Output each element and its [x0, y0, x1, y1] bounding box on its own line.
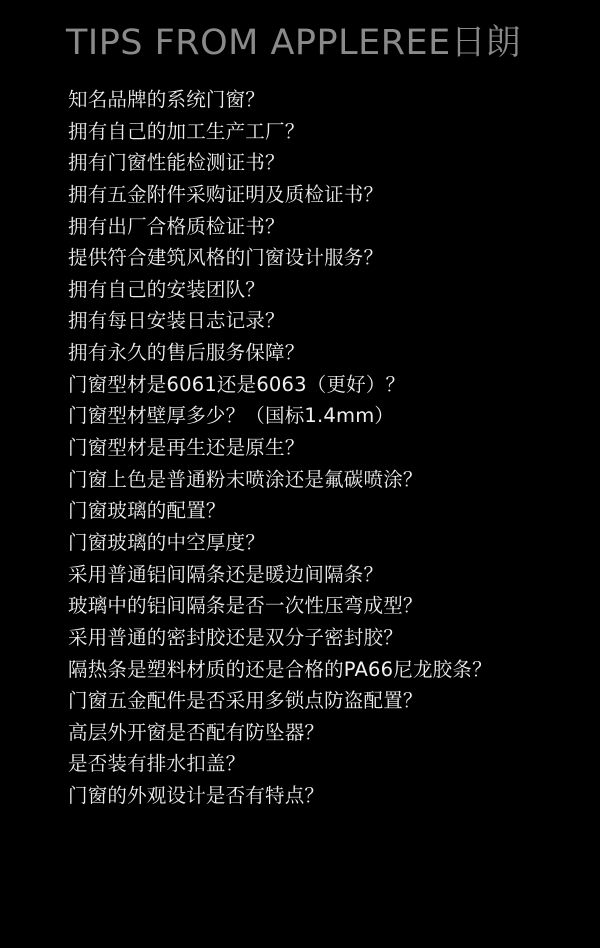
question-item: 玻璃中的铝间隔条是否一次性压弯成型？: [68, 590, 492, 622]
question-item: 采用普通铝间隔条还是暖边间隔条？: [68, 559, 492, 591]
question-item: 拥有自己的加工生产工厂？: [68, 116, 492, 148]
question-list: 知名品牌的系统门窗？ 拥有自己的加工生产工厂？ 拥有门窗性能检测证书？ 拥有五金…: [68, 84, 492, 812]
question-item: 门窗玻璃的中空厚度？: [68, 527, 492, 559]
question-item: 拥有每日安装日志记录？: [68, 305, 492, 337]
question-item: 知名品牌的系统门窗？: [68, 84, 492, 116]
question-item: 门窗型材是再生还是原生？: [68, 432, 492, 464]
header-title-english: TIPS FROM APPLEREE: [66, 20, 451, 66]
question-item: 拥有出厂合格质检证书？: [68, 211, 492, 243]
question-item: 拥有自己的安装团队？: [68, 274, 492, 306]
question-item: 拥有永久的售后服务保障？: [68, 337, 492, 369]
question-item: 是否装有排水扣盖？: [68, 748, 492, 780]
question-item: 拥有门窗性能检测证书？: [68, 147, 492, 179]
question-item: 隔热条是塑料材质的还是合格的PA66尼龙胶条？: [68, 654, 492, 686]
page-header: TIPS FROM APPLEREE 日朗: [66, 20, 521, 66]
question-item: 门窗玻璃的配置？: [68, 495, 492, 527]
question-item: 门窗型材是6061还是6063（更好）？: [68, 369, 492, 401]
question-item: 采用普通的密封胶还是双分子密封胶？: [68, 622, 492, 654]
question-item: 门窗五金配件是否采用多锁点防盗配置？: [68, 685, 492, 717]
header-title-chinese: 日朗: [451, 20, 521, 66]
question-item: 门窗型材壁厚多少？（国标1.4mm）: [68, 400, 492, 432]
question-item: 门窗的外观设计是否有特点？: [68, 780, 492, 812]
question-item: 门窗上色是普通粉末喷涂还是氟碳喷涂？: [68, 464, 492, 496]
question-item: 提供符合建筑风格的门窗设计服务？: [68, 242, 492, 274]
question-item: 高层外开窗是否配有防坠器？: [68, 717, 492, 749]
question-item: 拥有五金附件采购证明及质检证书？: [68, 179, 492, 211]
